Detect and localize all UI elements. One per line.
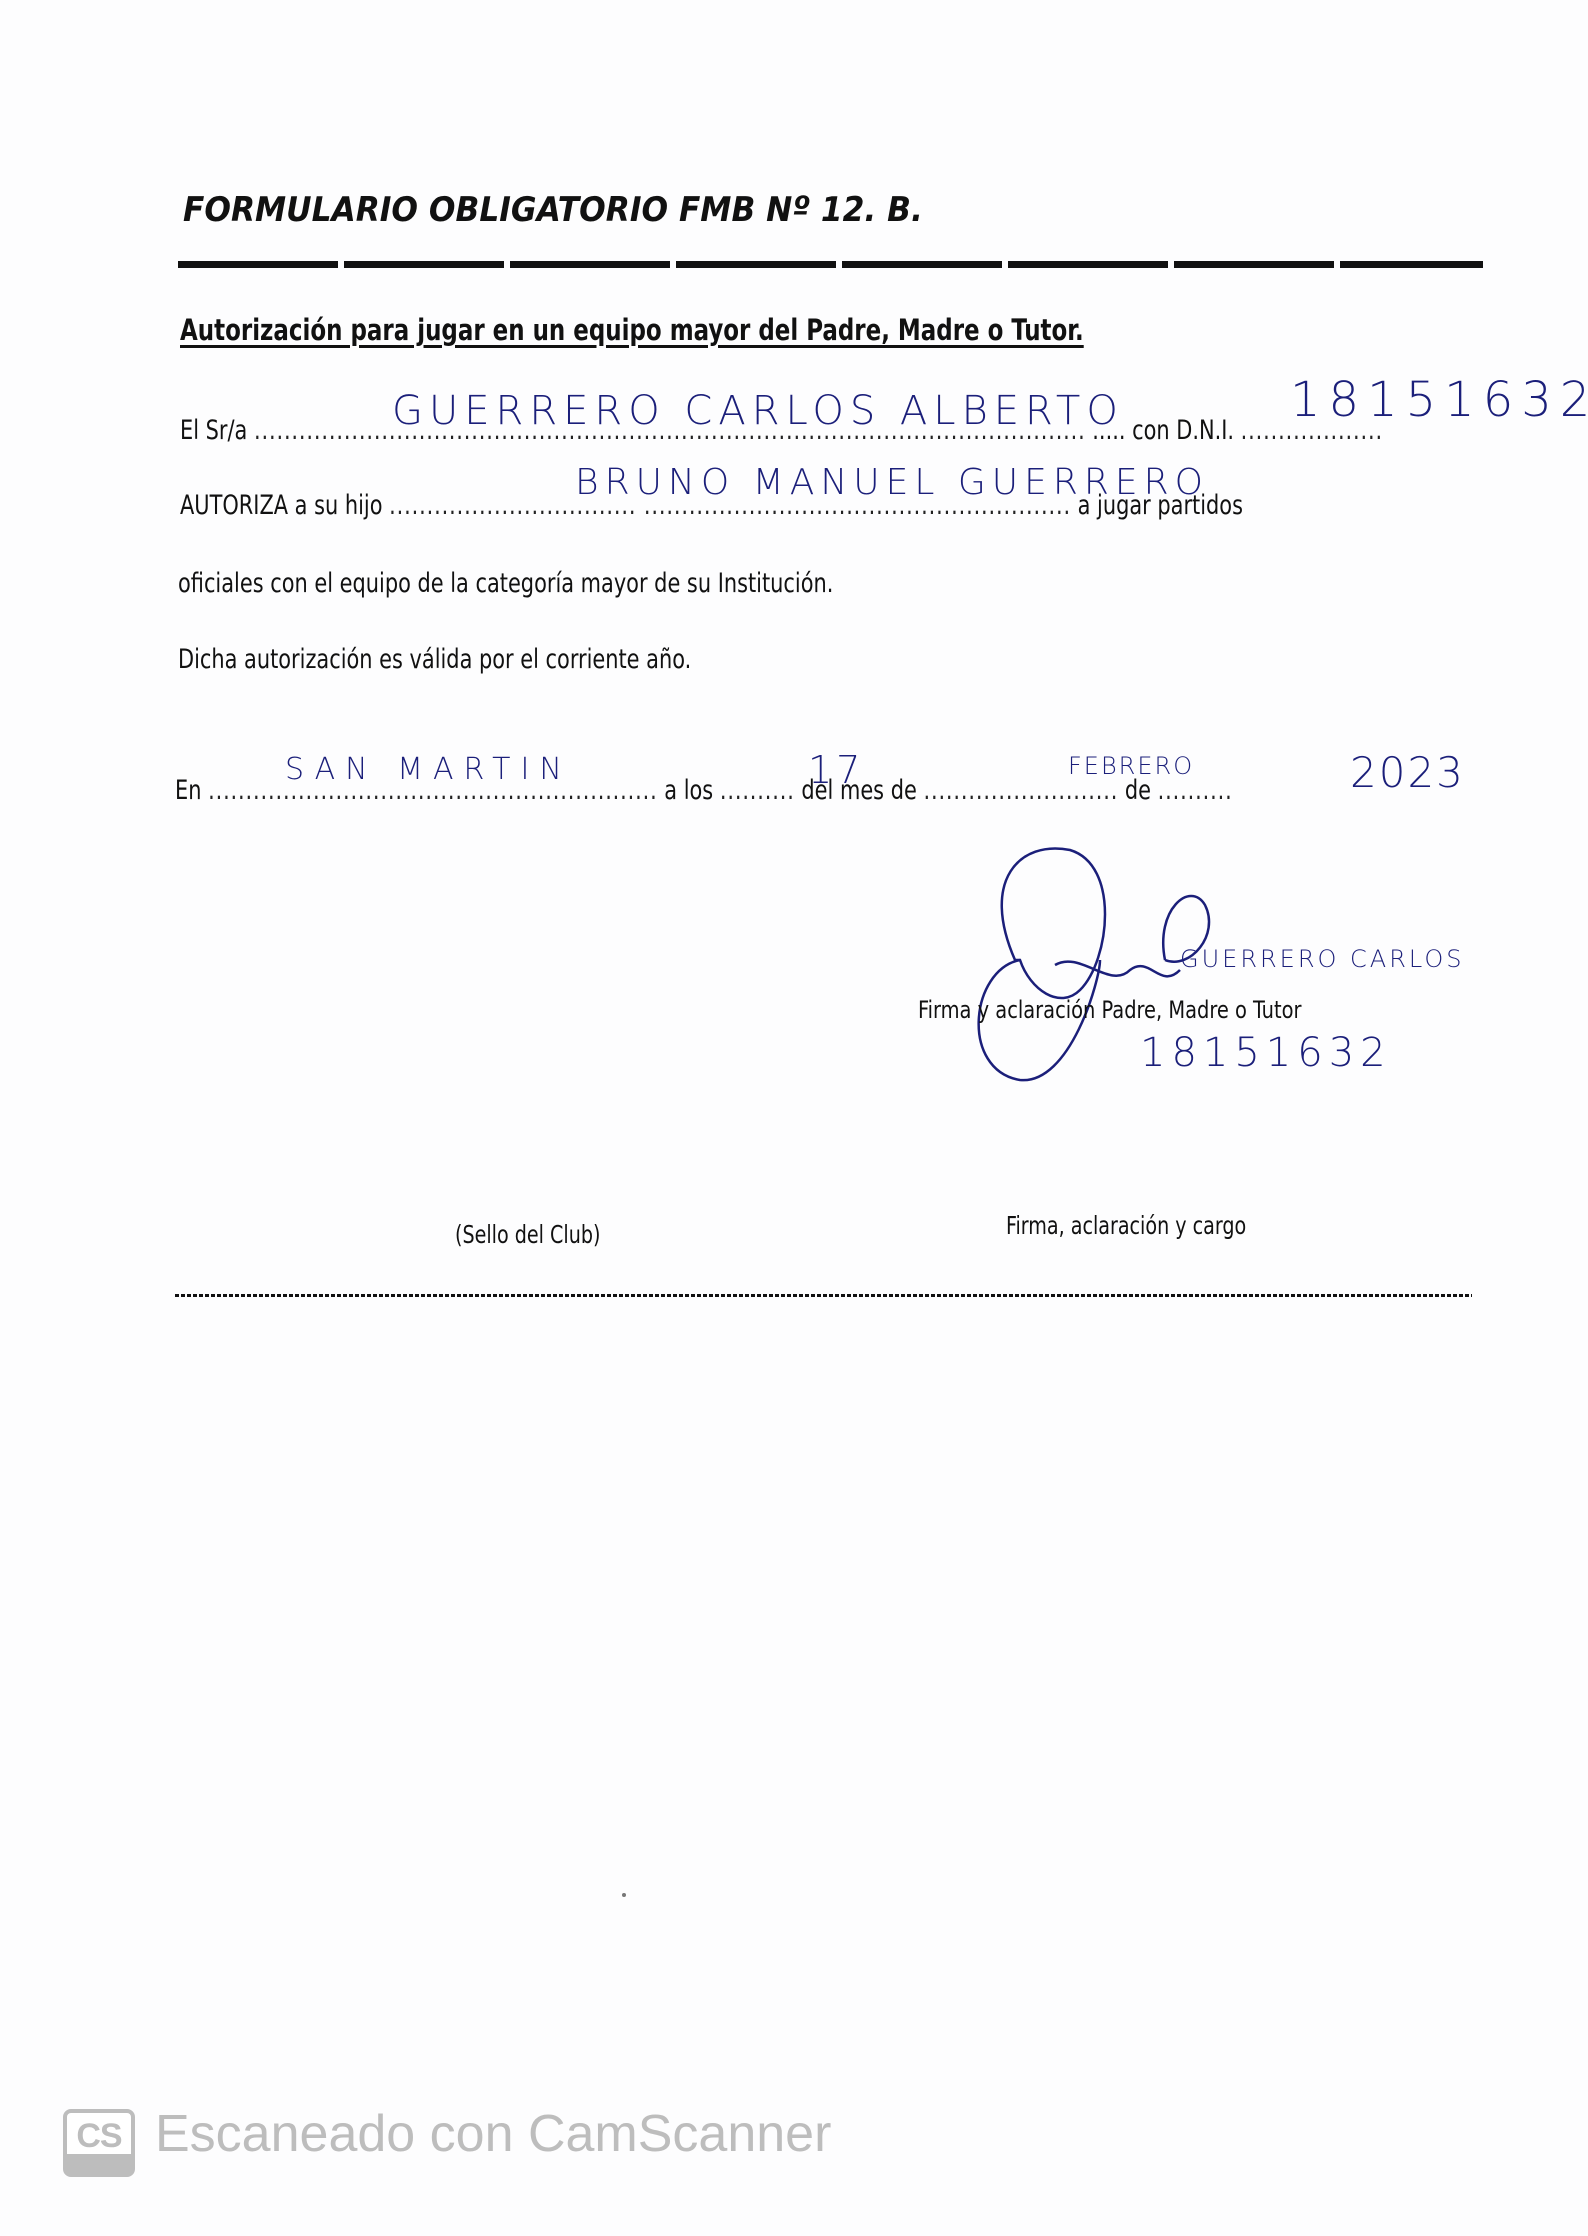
year-handwritten: 2023 [1350,748,1465,797]
signature-clarification-handwritten: GUERRERO CARLOS [1180,945,1465,973]
camscanner-logo-icon: CS [63,2109,135,2177]
day-label: a los [664,775,713,806]
day-handwritten: 17 [808,748,864,792]
month-handwritten: FEBRERO [1068,752,1194,780]
club-seal-label: (Sello del Club) [455,1220,600,1249]
place-handwritten: SAN MARTIN [285,752,572,787]
club-signature-label: Firma, aclaración y cargo [1006,1211,1246,1240]
body-line-4: Dicha autorización es válida por el corr… [178,644,691,675]
child-prefix: AUTORIZA a su hijo [180,490,383,521]
child-name-handwritten: BRUNO MANUEL GUERRERO [575,462,1209,503]
cut-line [175,1294,1472,1297]
form-title: FORMULARIO OBLIGATORIO FMB Nº 12. B. [183,190,923,230]
parent-prefix: El Sr/a [180,415,247,446]
signature-label: Firma y aclaración Padre, Madre o Tutor [918,996,1301,1024]
camscanner-logo-text: CS [76,2117,121,2156]
camscanner-watermark: Escaneado con CamScanner [155,2104,831,2164]
scan-speck [622,1893,626,1897]
dni-handwritten: 18151632 [1290,372,1588,428]
form-subtitle: Autorización para jugar en un equipo may… [180,313,1084,347]
title-separator [178,261,1483,268]
parent-name-handwritten: GUERRERO CARLOS ALBERTO [392,388,1124,434]
body-line-3: oficiales con el equipo de la categoría … [178,568,833,599]
day-dots: .......... [720,775,795,806]
signature-dni-handwritten: 18151632 [1140,1030,1392,1076]
place-prefix: En [175,775,201,806]
